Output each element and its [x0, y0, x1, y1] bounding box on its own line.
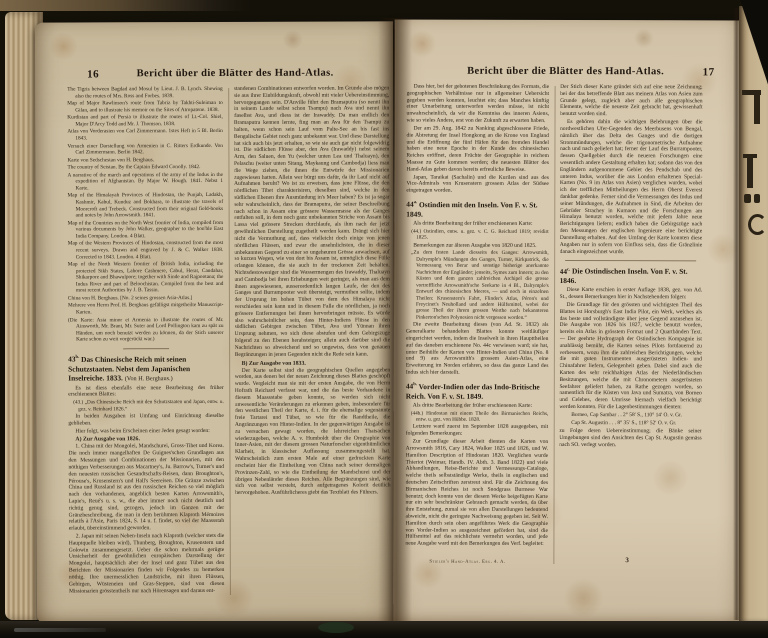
paragraph: Die Grundlage für den grössten und wicht… [559, 302, 702, 411]
bibliography-entry: Map of the Countries on the North West f… [68, 220, 224, 240]
bibliography-entry: Map of the Himalayah Provinces of Hindos… [68, 192, 224, 219]
section-heading-44c: 44c. Die Ostindischen Inseln. Von F. v. … [560, 266, 703, 285]
paragraph: Als dritte Bearbeitung der früher erschi… [406, 402, 549, 409]
footer-signature: Stieler's Hand-Atlas. Erg. 4. A. [429, 560, 505, 565]
partial-letter [754, 194, 760, 203]
book-cover-bottom [0, 621, 768, 638]
separator-rule [565, 260, 696, 261]
paragraph: Bemerkungen zur älteren Ausgabe von 1820… [406, 242, 549, 249]
reference-line: (44.) Ostindien, entw. u. gez. v. C. G. … [406, 228, 549, 241]
bibliography-entry: (Die Karte: Asia minor et Armenia to ill… [68, 317, 224, 344]
partial-letter [754, 90, 760, 124]
section-number: 44c. [560, 267, 571, 276]
section-title: Die Ostindischen Inseln. Von F. v. St. 1… [560, 267, 688, 285]
left-page: 16 Bericht über die Blätter des Hand-Atl… [35, 21, 395, 622]
column-rule [228, 88, 231, 595]
book-photo: 16 Bericht über die Blätter des Hand-Atl… [0, 0, 768, 638]
bibliography-entry: Mehrere von Herrn Prof. H. Berghaus gefä… [68, 302, 224, 316]
paragraph: Die zweite Bearbeitung dieses (von Ad. S… [406, 322, 549, 377]
running-head-right: Bericht über die Blätter des Hand-Atlas. [423, 66, 709, 78]
sheet-number: 3 [625, 556, 629, 564]
left-page-column-1: The Tigris between Bagdad and Mosul by L… [67, 86, 224, 600]
separator-rule [123, 348, 169, 349]
right-page: Bericht über die Blätter des Hand-Atlas.… [393, 20, 741, 623]
paragraph: Hier folgt, was beim Erscheinen einer Je… [68, 428, 224, 435]
paragraph: standenen Combinationen entworfen worden… [234, 85, 390, 358]
subheading-a: A) Zur Ausgabe von 1826. [68, 436, 224, 443]
section-number: 43b. [68, 355, 79, 364]
paragraph: 2. Japan mit seinen Neben-Inseln nach Kl… [69, 533, 225, 595]
paragraph: Japan, Taraikai (Sachalin) und die Kuril… [406, 174, 549, 195]
paragraph: In beiden Ausgaben ist Umfang und Einric… [68, 413, 224, 427]
paragraph: zu Folge deren Uebereinstimmung; die Bän… [559, 428, 702, 449]
partial-letter [744, 194, 751, 203]
section-heading-44b: 44b. Vorder-Indien oder das Indo-Britisc… [406, 381, 549, 400]
next-page-edge [739, 6, 768, 622]
page-number-right: 17 [703, 66, 715, 78]
bibliography-entry: China von H. Berghaus. [No. 2 seines gro… [68, 295, 224, 302]
reference-line: (44b.) Hindostan mit einem Theile des Bi… [406, 410, 549, 423]
right-page-columns: Dass hier, bei der gebotenen Beschränkun… [405, 84, 702, 569]
paragraph: Diese Karte erschien in erster Auflage 1… [560, 287, 703, 301]
partial-letter [748, 214, 767, 235]
paragraph: 1. China mit der Mongolei, Mandschurei, … [68, 443, 224, 532]
right-page-column-1: Dass hier, bei der gebotenen Beschränkun… [405, 84, 549, 568]
section-title: Vorder-Indien oder das Indo-Britische Re… [406, 382, 540, 400]
paragraph: Letztere ward zuerst im September 1828 a… [406, 424, 549, 438]
bibliography-entry: Map of the Western Provinces of Hindosta… [68, 240, 224, 260]
paragraph: Der am 29. Aug. 1842 zu Nanking abgeschl… [406, 125, 549, 173]
paragraph: Zur Grundlage dieser Arbeit dienten die … [405, 439, 548, 548]
section-number: 44a. [406, 200, 417, 209]
section-byline: (Von H. Berghaus.) [125, 375, 173, 382]
section-number: 44b. [406, 382, 417, 391]
book-cover-top-edge [0, 0, 250, 11]
paragraph: Dass hier, bei der gebotenen Beschränkun… [407, 84, 550, 125]
reference-line: (43.) „Das Chinesische Reich mit den Sch… [68, 399, 224, 412]
coordinate-line: Cap St. Augustin . . . 8° 35′ S., 118° 5… [559, 420, 702, 427]
bibliography-entry: Versuch einer Darstellung von Armenien i… [67, 142, 223, 156]
left-page-column-2: standenen Combinationen entworfen worden… [234, 85, 391, 599]
watermark-smudge [14, 628, 106, 632]
bibliography-entry: Map of the North Western frontier of Bri… [68, 261, 224, 294]
section-heading-43b: 43b. Das Chinesische Reich mit seinen Sc… [68, 354, 224, 383]
right-page-column-2: Der Stich dieser Karte gründet sich auf … [559, 84, 703, 568]
bibliography-entry: Map of Major Rawlinson's route from Tabr… [67, 100, 223, 114]
paragraph: Es gehören dahin die wichtigen Belehrung… [560, 119, 703, 256]
coordinate-line: Borneo, Cap Sambar . . 2° 58′ S., 110° 1… [559, 412, 702, 419]
paragraph: Der Stich dieser Karte gründet sich auf … [560, 84, 703, 118]
section-heading-44a: 44a. Ostindien mit den Inseln. Von F. v.… [406, 200, 549, 219]
bibliography-entry: The Tigris between Bagdad and Mosul by L… [67, 86, 223, 100]
partial-letter [747, 156, 753, 188]
bibliography-entry: Atlas von Vorderasien von Carl Zimmerman… [67, 128, 223, 142]
paragraph: Es ist diess ebenfalls eine neue Bearbei… [68, 385, 224, 399]
bibliography-entry: Kurdistan and part of Persia to illustra… [67, 114, 223, 128]
paragraph: Der Karte selbst sind die geographischen… [235, 367, 391, 497]
left-page-columns: The Tigris between Bagdad and Mosul by L… [67, 85, 391, 599]
section-title: Ostindien mit den Inseln. Von F. v. St. … [406, 200, 537, 218]
running-head-left: Bericht über die Blätter des Hand-Atlas. [75, 67, 395, 79]
cover-green-patch [318, 622, 354, 633]
column-rule [553, 86, 555, 564]
bibliography-entry: The country of Seistan. By the Captain E… [67, 164, 223, 171]
bibliography-entry: Karte von Sedschestan von H. Berghaus. [67, 157, 223, 164]
quoted-paragraph: „Zu dem festen Lande diesseits des Gange… [406, 250, 549, 321]
paragraph: Als dritte Bearbeitung der früher erschi… [406, 221, 549, 228]
subheading-b: B) Zur Ausgabe von 1833. [235, 360, 391, 367]
bibliography-entry: A narrative of the march and operations … [67, 172, 223, 192]
